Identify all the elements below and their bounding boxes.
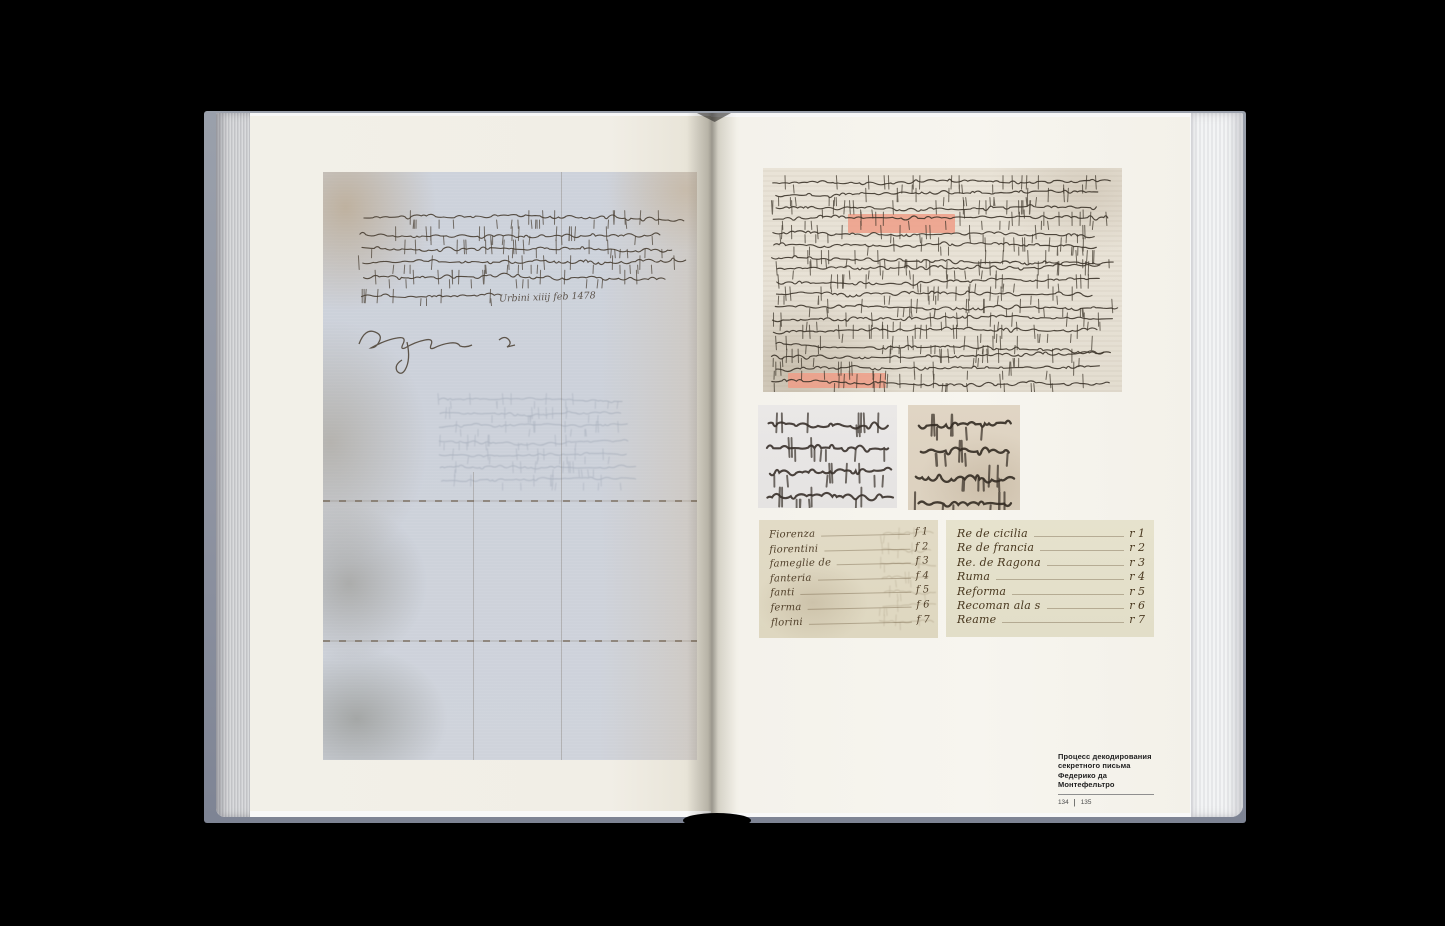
- code-table: Re de ciciliar 1 Re de franciar 2 Re. de…: [946, 520, 1154, 637]
- code-value: f 7: [916, 613, 930, 628]
- code-value: f 3: [915, 555, 929, 570]
- fold-crease-vertical: [473, 472, 474, 760]
- code-row: Recoman ala sr 6: [957, 599, 1145, 613]
- caption-rule: [1058, 794, 1154, 795]
- code-label: ferma: [770, 601, 801, 616]
- leader-dash: [1040, 550, 1124, 551]
- code-value: r 2: [1129, 541, 1145, 555]
- code-row: Rumar 4: [957, 570, 1145, 584]
- code-label: Reame: [957, 613, 996, 627]
- caption-block: Процесс декодирования секретного письма …: [1058, 752, 1158, 807]
- date-text: Urbini xiiij feb 1478: [499, 290, 596, 304]
- leader-dash: [1047, 565, 1124, 566]
- code-row: Re de ciciliar 1: [957, 527, 1145, 541]
- leader-dash: [1012, 594, 1124, 595]
- code-label: Re de cicilia: [957, 527, 1028, 541]
- code-value: r 1: [1129, 527, 1145, 541]
- leader-dash: [996, 579, 1124, 580]
- figure-closeup-left: [758, 405, 897, 508]
- code-value: r 7: [1129, 613, 1145, 627]
- code-label: Recoman ala s: [957, 599, 1041, 613]
- fore-edge-right: [1191, 113, 1243, 817]
- code-row: Re. de Ragonar 3: [957, 556, 1145, 570]
- leader-dash: [1034, 536, 1124, 537]
- code-value: r 5: [1129, 585, 1145, 599]
- figure-cipher-detail: [763, 168, 1122, 392]
- code-row: Reamer 7: [957, 613, 1145, 627]
- page-edges-left: [216, 113, 250, 817]
- caption-line-3: Федерико да Монтефельтро: [1058, 771, 1158, 790]
- code-value: f 5: [916, 584, 930, 599]
- caption-line-2: секретного письма: [1058, 761, 1158, 770]
- leader-dash: [809, 621, 912, 624]
- cipher-text-lines: [763, 168, 1122, 392]
- leader-dash: [1047, 608, 1125, 609]
- leader-dash: [801, 592, 911, 595]
- signature-flourish: [351, 314, 531, 378]
- code-label: Ruma: [957, 570, 990, 584]
- page-number-left: 134: [1058, 799, 1069, 806]
- leader-dash: [824, 548, 910, 551]
- code-label: fameglie de: [770, 557, 832, 573]
- code-value: r 6: [1129, 599, 1145, 613]
- cipher-text-last-line: [353, 288, 503, 306]
- cipher-text-lines: [353, 208, 687, 290]
- code-value: r 4: [1129, 570, 1145, 584]
- page-number-right: 135: [1081, 799, 1092, 806]
- code-label: florini: [771, 616, 803, 631]
- leader-dash: [821, 534, 910, 537]
- stage: Urbini xiiij feb 1478 Fiorenzaf 1 fioren…: [0, 0, 1445, 926]
- code-row: florinif 7: [771, 613, 930, 631]
- fold-crease: [323, 500, 697, 502]
- code-value: f 2: [915, 540, 929, 555]
- code-label: fiorentini: [769, 542, 818, 558]
- bleed-through-text: [431, 390, 636, 492]
- code-label: Re de francia: [957, 541, 1034, 555]
- fold-crease-vertical: [561, 172, 562, 760]
- code-value: f 6: [916, 598, 930, 613]
- code-label: Fiorenza: [769, 528, 815, 544]
- code-value: f 4: [916, 569, 930, 584]
- code-value: f 1: [915, 525, 929, 540]
- code-label: fanteria: [770, 572, 812, 587]
- page-number-divider: |: [1074, 799, 1076, 807]
- bottom-dip: [683, 813, 751, 828]
- fold-crease: [323, 640, 697, 642]
- code-row: Re de franciar 2: [957, 541, 1145, 555]
- leader-dash: [837, 563, 910, 566]
- figure-code-list-r: Re de ciciliar 1 Re de franciar 2 Re. de…: [946, 520, 1154, 637]
- code-value: r 3: [1129, 556, 1145, 570]
- code-label: Reforma: [957, 585, 1006, 599]
- code-table: Fiorenzaf 1 fiorentinif 2 fameglie def 3…: [759, 520, 938, 638]
- cipher-symbols: [758, 405, 897, 508]
- figure-closeup-right: [908, 405, 1020, 510]
- figure-code-list-f: Fiorenzaf 1 fiorentinif 2 fameglie def 3…: [759, 520, 938, 638]
- code-label: Re. de Ragona: [957, 556, 1041, 570]
- caption-line-1: Процесс декодирования: [1058, 752, 1158, 761]
- code-row: Reformar 5: [957, 585, 1145, 599]
- page-numbers: 134 | 135: [1058, 799, 1158, 807]
- code-label: fanti: [770, 587, 795, 602]
- leader-dash: [818, 577, 911, 580]
- manuscript-photo: Urbini xiiij feb 1478: [323, 172, 697, 760]
- cipher-symbols: [908, 405, 1020, 510]
- leader-dash: [1002, 622, 1124, 623]
- leader-dash: [807, 607, 911, 610]
